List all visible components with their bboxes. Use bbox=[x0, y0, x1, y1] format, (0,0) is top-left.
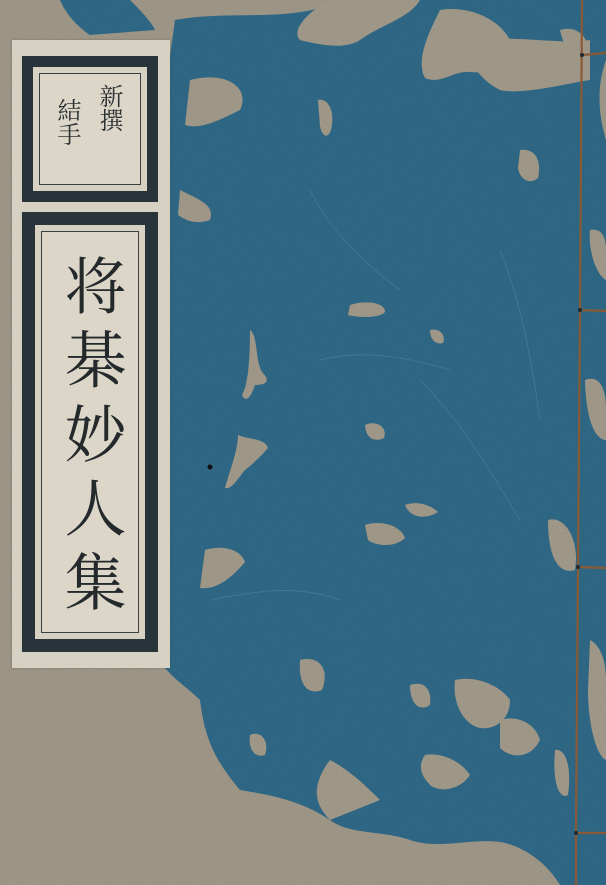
worm-hole bbox=[208, 465, 213, 470]
subtitle-right: 新撰 bbox=[94, 84, 124, 132]
subtitle-left: 結手 bbox=[52, 98, 82, 146]
subtitle-panel: 新撰 結手 bbox=[39, 73, 141, 185]
title-panel: 将棊妙人集 bbox=[41, 231, 139, 633]
subtitle-frame: 新撰 結手 bbox=[22, 56, 158, 202]
title-frame: 将棊妙人集 bbox=[22, 212, 158, 652]
title-slip: 新撰 結手 将棊妙人集 bbox=[12, 40, 170, 668]
book-title: 将棊妙人集 bbox=[50, 254, 130, 624]
